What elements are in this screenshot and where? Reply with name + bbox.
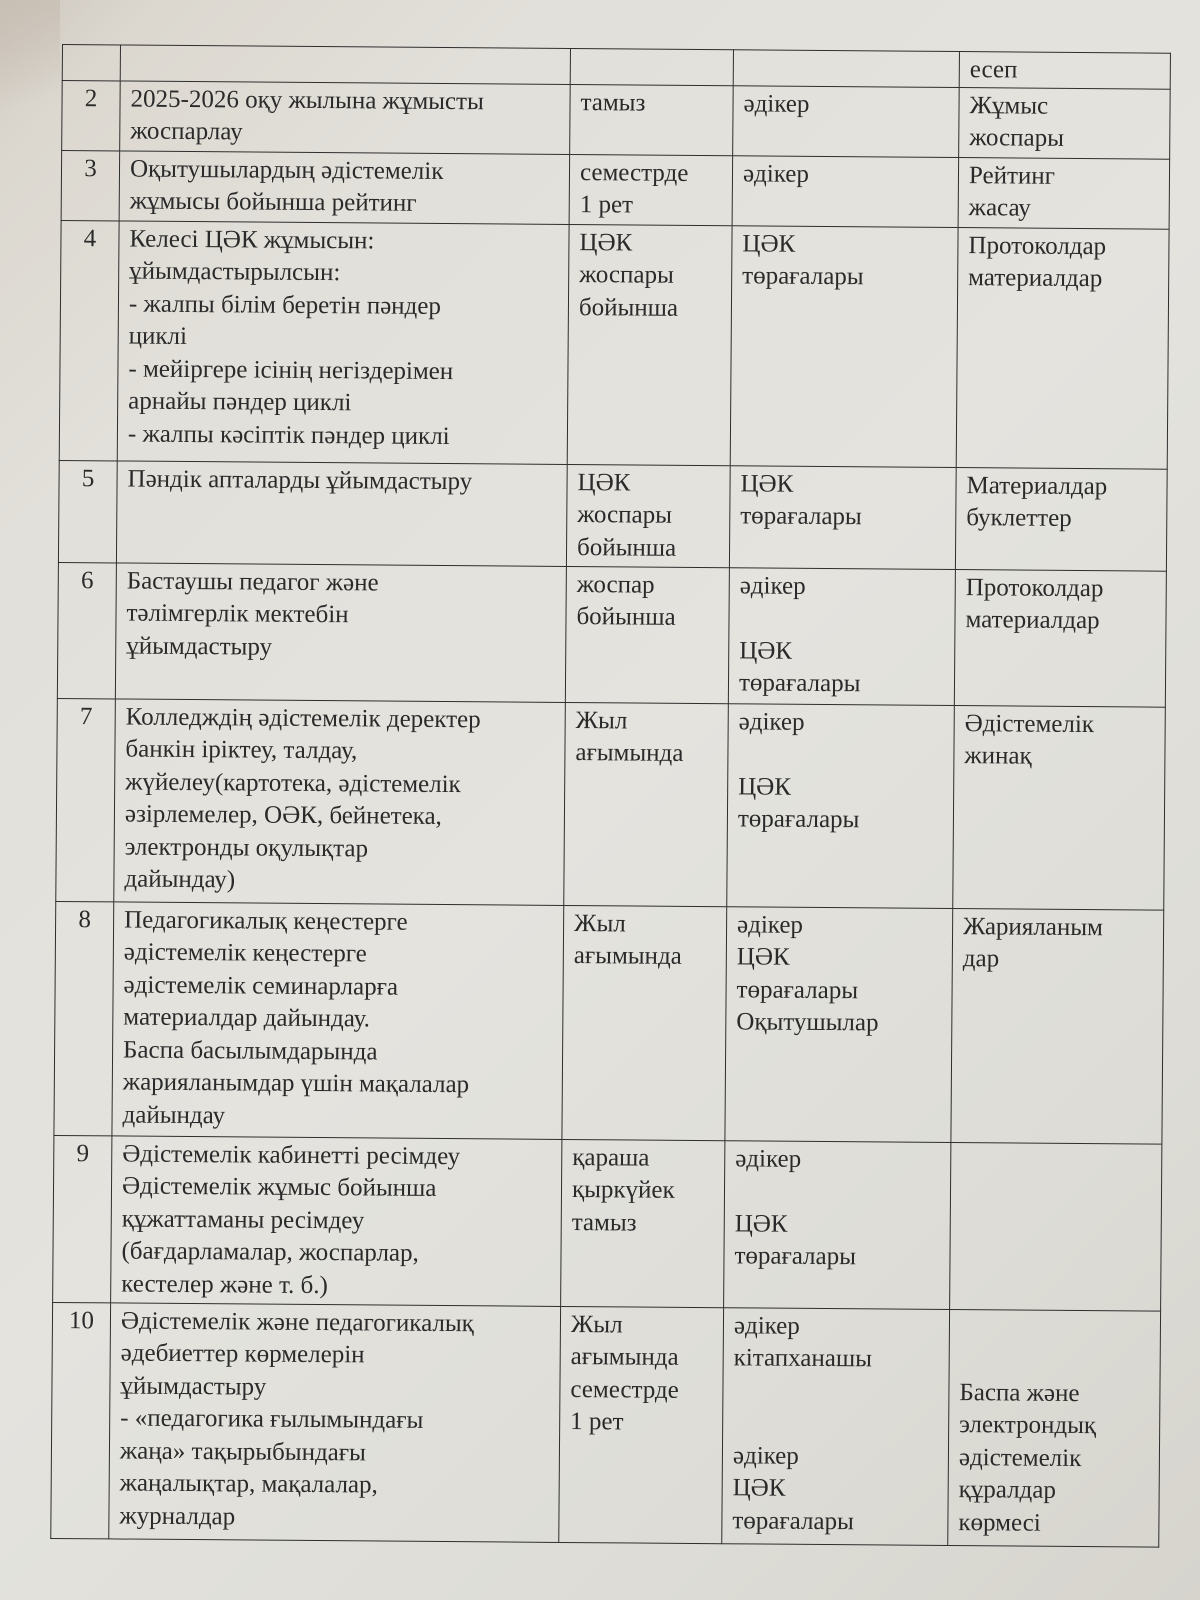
task-cell: Бастаушы педагог және тәлімгерлік мектеб… [115, 562, 566, 702]
responsible-cell: әдікер ЦӘК төрағалары [724, 1140, 951, 1309]
row-number: 6 [57, 562, 116, 698]
table-row: 9 Әдістемелік кабинетті ресімдеу Әдістем… [53, 1135, 1162, 1311]
term-cell: семестрде 1 рет [569, 154, 733, 225]
task-cell: Пәндік апталарды ұйымдастыру [116, 460, 567, 566]
table-row: 3 Оқытушылардың әдістемелік жұмысы бойын… [61, 150, 1170, 229]
row-number [62, 45, 120, 81]
term-cell: ЦӘК жоспары бойынша [566, 464, 730, 567]
responsible-cell: ЦӘК төрағалары [729, 465, 956, 569]
responsible-cell: әдікер [733, 85, 960, 157]
responsible-cell: әдікер кітапханашы әдікер ЦӘК төрағалары [722, 1307, 950, 1545]
task-cell: Колледждің әдістемелік деректер банкін і… [114, 698, 566, 905]
result-cell: Рейтинг жасау [958, 157, 1170, 229]
result-cell: Протоколдар материалдар [956, 227, 1169, 469]
term-cell: жоспар бойынша [565, 566, 729, 703]
row-number: 2 [62, 80, 121, 150]
result-cell: Әдістемелік жинақ [953, 705, 1166, 910]
term-cell [570, 48, 733, 85]
row-number: 7 [56, 698, 116, 901]
responsible-cell: әдікер ЦӘК төрағалары Оқытушылар [725, 906, 953, 1142]
task-cell: Келесі ЦӘК жұмысын: ұйымдастырылсын: - ж… [117, 220, 569, 464]
task-cell: Педагогикалық кеңестерге әдістемелік кең… [112, 901, 564, 1139]
table-row: 6 Бастаушы педагог және тәлімгерлік мект… [57, 562, 1166, 707]
term-cell: қараша қыркүйек тамыз [561, 1139, 725, 1307]
task-cell: Әдістемелік кабинетті ресімдеу Әдістемел… [111, 1135, 562, 1306]
task-cell: Әдістемелік және педагогикалық әдебиетте… [109, 1302, 561, 1542]
term-cell: Жыл ағымында [562, 905, 727, 1140]
row-number: 8 [54, 901, 114, 1135]
term-cell: Жыл ағымында семестрде 1 рет [559, 1306, 724, 1543]
task-cell [120, 45, 570, 84]
row-number: 10 [51, 1302, 111, 1538]
result-cell: Жарияланым дар [951, 908, 1164, 1144]
responsible-cell: әдікер [732, 155, 959, 227]
table-row: 5 Пәндік апталарды ұйымдастыру ЦӘК жоспа… [58, 460, 1167, 571]
table-row: 4 Келесі ЦӘК жұмысын: ұйымдастырылсын: -… [59, 220, 1169, 469]
result-cell: есеп [959, 52, 1170, 89]
work-plan-table: есеп 2 2025-2026 оқу жылына жұмысты жосп… [50, 44, 1171, 1547]
row-number: 5 [58, 460, 117, 562]
row-number: 3 [61, 150, 120, 220]
table-row: 8 Педагогикалық кеңестерге әдістемелік к… [54, 901, 1164, 1144]
result-cell: Протоколдар материалдар [954, 569, 1166, 707]
responsible-cell: ЦӘК төрағалары [730, 225, 958, 467]
result-cell [950, 1142, 1162, 1311]
row-number: 4 [59, 220, 119, 460]
responsible-cell: әдікер ЦӘК төрағалары [728, 567, 955, 705]
responsible-cell [733, 50, 959, 87]
table-row: 2 2025-2026 оқу жылына жұмысты жоспарлау… [62, 80, 1171, 159]
table-row: 10 Әдістемелік және педагогикалық әдебие… [51, 1302, 1161, 1547]
result-cell: Жұмыс жоспары [959, 87, 1171, 159]
table-row: 7 Колледждің әдістемелік деректер банкін… [56, 698, 1166, 910]
task-cell: 2025-2026 оқу жылына жұмысты жоспарлау [120, 80, 571, 154]
responsible-cell: әдікер ЦӘК төрағалары [727, 703, 955, 908]
term-cell: тамыз [570, 84, 734, 155]
result-cell: Материалдар буклеттер [955, 467, 1167, 571]
term-cell: Жыл ағымында [564, 702, 729, 906]
row-number: 9 [53, 1135, 112, 1302]
page-corner-shadow [0, 0, 60, 120]
term-cell: ЦӘК жоспары бойынша [567, 224, 732, 465]
task-cell: Оқытушылардың әдістемелік жұмысы бойынша… [119, 150, 570, 224]
result-cell: Баспа және электрондық әдістемелік құрал… [948, 1309, 1161, 1547]
